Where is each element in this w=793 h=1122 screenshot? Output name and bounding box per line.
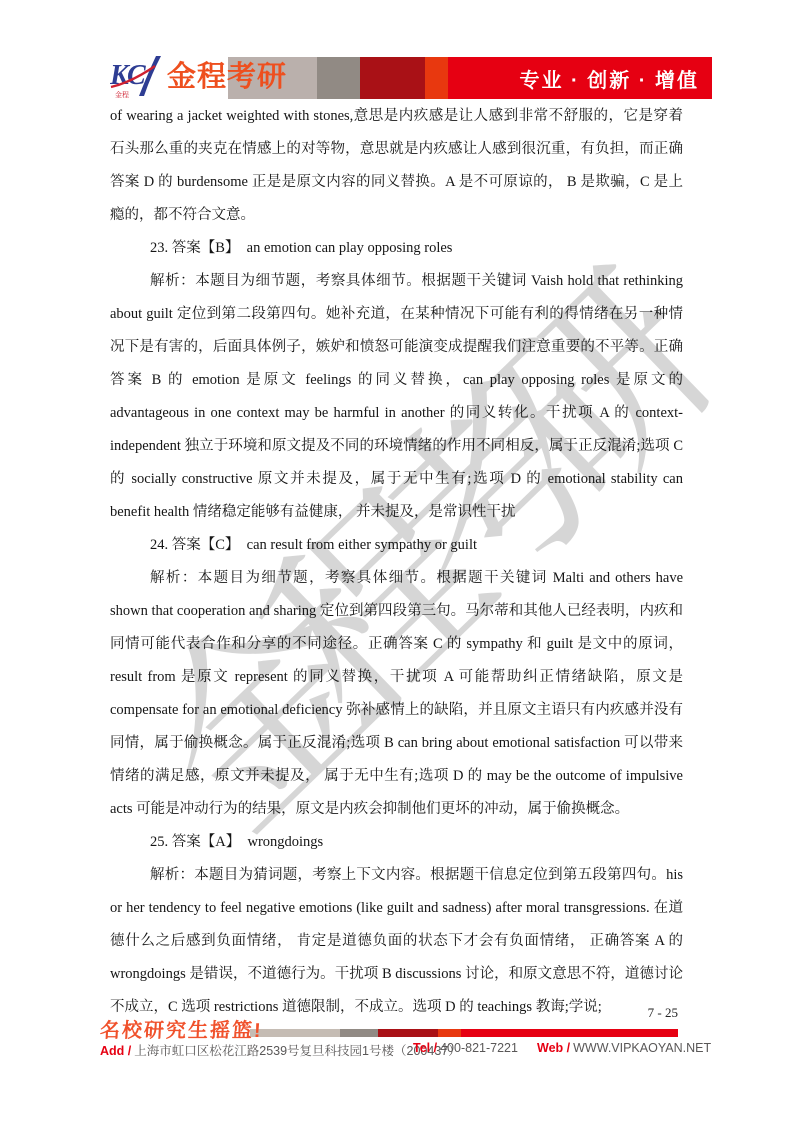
footer-segment-red — [461, 1029, 678, 1037]
footer-slogan: 名校研究生摇篮! — [99, 1021, 263, 1041]
answer-line-q24: 24. 答案【C】 can result from either sympath… — [110, 529, 683, 562]
brand-name: 金程考研 — [167, 63, 287, 92]
footer-tel: Tel /400-821-7221 — [413, 1041, 518, 1055]
kcj-logo-icon: K C 金程 — [110, 55, 162, 99]
footer-contact: Add /上海市虹口区松花江路2539号复旦科技园1号楼（200437） Tel… — [100, 1041, 678, 1059]
banner-segment-darkred — [360, 57, 425, 99]
page-number: 7 - 25 — [0, 1005, 678, 1021]
web-label: Web / — [537, 1041, 570, 1055]
banner-segment-orange — [425, 57, 448, 99]
banner-segment-gray — [317, 57, 360, 99]
web-value: WWW.VIPKAOYAN.NET — [573, 1041, 711, 1055]
footer-address: Add /上海市虹口区松花江路2539号复旦科技园1号楼（200437） — [100, 1041, 461, 1059]
paragraph-continuation: of wearing a jacket weighted with stones… — [110, 100, 683, 232]
tel-label: Tel / — [413, 1041, 437, 1055]
footer-segment-gray — [340, 1029, 378, 1037]
footer-segment-darkred — [378, 1029, 438, 1037]
banner-slogan: 专业 · 创新 · 增值 — [519, 64, 699, 93]
document-page: K C 金程 金程考研 专业 · 创新 · 增值 金程考研 of wearing… — [0, 0, 793, 1122]
answer-line-q23: 23. 答案【B】 an emotion can play opposing r… — [110, 232, 683, 265]
footer-bar — [250, 1029, 678, 1037]
explanation-q23: 解析：本题目为细节题，考察具体细节。根据题干关键词 Vaish hold tha… — [110, 265, 683, 529]
answer-explanations: of wearing a jacket weighted with stones… — [110, 100, 683, 1024]
header-banner: 专业 · 创新 · 增值 — [228, 57, 712, 99]
footer-web: Web /WWW.VIPKAOYAN.NET — [537, 1041, 711, 1055]
answer-line-q25: 25. 答案【A】 wrongdoings — [110, 826, 683, 859]
banner-slogan-strip: 专业 · 创新 · 增值 — [448, 57, 712, 99]
address-label: Add / — [100, 1044, 131, 1058]
footer-segment-orange — [438, 1029, 461, 1037]
svg-text:金程: 金程 — [115, 90, 129, 99]
explanation-q25: 解析：本题目为猜词题，考察上下文内容。根据题干信息定位到第五段第四句。his o… — [110, 859, 683, 1024]
footer-segment-taupe — [250, 1029, 340, 1037]
header-logo: K C 金程 金程考研 — [110, 54, 287, 100]
address-value: 上海市虹口区松花江路2539号复旦科技园1号楼（200437） — [134, 1044, 460, 1058]
tel-value: 400-821-7221 — [440, 1041, 518, 1055]
explanation-q24: 解析：本题目为细节题，考察具体细节。根据题干关键词 Malti and othe… — [110, 562, 683, 826]
